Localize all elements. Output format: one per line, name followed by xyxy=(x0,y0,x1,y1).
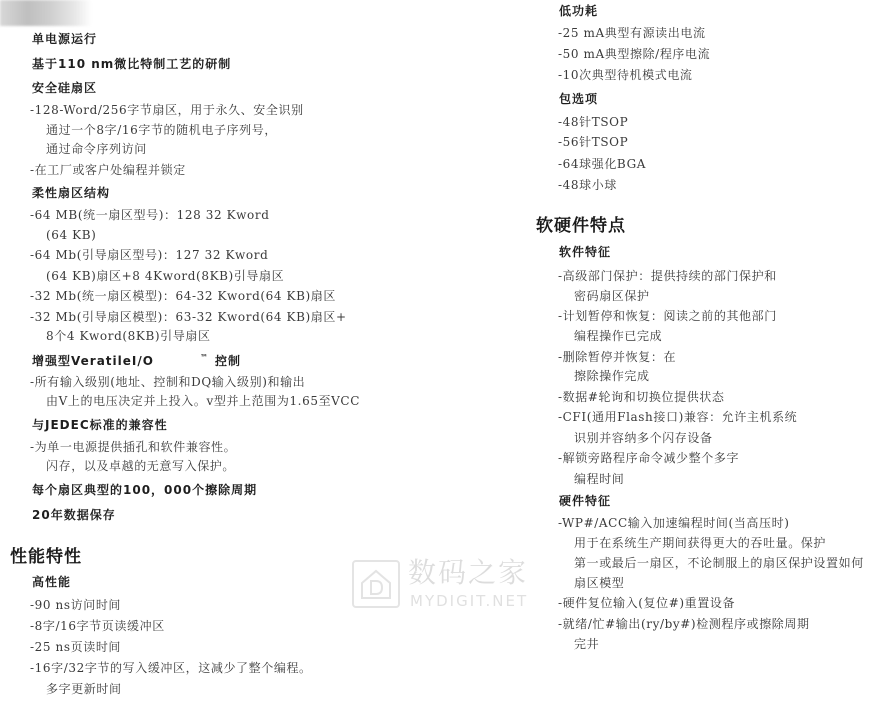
feature-line: 编程操作已完成 xyxy=(574,328,662,344)
veratile-prefix: 增强型VeratileI/O xyxy=(32,354,154,368)
feature-heading: 软件特征 xyxy=(559,244,611,260)
feature-line: -8字/16字节页读缓冲区 xyxy=(30,618,165,634)
feature-line: -数据#轮询和切换位提供状态 xyxy=(558,389,725,405)
feature-line: -64球强化BGA xyxy=(558,156,646,172)
section-heading: 软硬件特点 xyxy=(536,216,626,236)
feature-heading: 每个扇区典型的100，000个擦除周期 xyxy=(32,482,257,498)
feature-heading-veratile-io: 增强型VeratileI/O™控制 xyxy=(32,350,241,369)
feature-line: -90 ns访问时间 xyxy=(30,597,121,613)
feature-line: -WP#/ACC输入加速编程时间(当高压时) xyxy=(558,515,790,531)
feature-line: 擦除操作完成 xyxy=(574,368,650,384)
feature-line: -删除暂停并恢复：在 xyxy=(558,349,676,365)
feature-heading: 与JEDEC标准的兼容性 xyxy=(32,417,168,433)
feature-line: 通过一个8字/16字节的随机电子序列号， xyxy=(46,122,277,138)
feature-line: -32 Mb(统一扇区模型)：64-32 Kword(64 KB)扇区 xyxy=(30,288,336,304)
feature-heading: 安全硅扇区 xyxy=(32,80,97,96)
feature-line: -32 Mb(引导扇区模型)：63-32 Kword(64 KB)扇区+ xyxy=(30,309,347,325)
trademark-mark: ™ xyxy=(200,353,209,362)
feature-heading: 20年数据保存 xyxy=(32,507,116,523)
feature-line: 识别并容纳多个闪存设备 xyxy=(574,430,713,446)
feature-line: -计划暂停和恢复：阅读之前的其他部门 xyxy=(558,308,777,324)
feature-line: -48针TSOP xyxy=(558,114,628,130)
feature-line: 多字更新时间 xyxy=(46,681,122,697)
feature-line: -25 ns页读时间 xyxy=(30,639,121,655)
feature-line: -64 Mb(引导扇区型号)：127 32 Kword xyxy=(30,247,268,263)
veratile-suffix: 控制 xyxy=(215,354,241,368)
feature-line: -50 mA典型擦除/程序电流 xyxy=(558,46,710,62)
feature-line: (64 KB) xyxy=(46,227,96,243)
feature-line: (64 KB)扇区+8 4Kword(8KB)引导扇区 xyxy=(46,268,284,284)
watermark-cn: 数码之家 xyxy=(408,556,528,590)
feature-line: -所有输入级别(地址、控制和DQ输入级别)和输出 xyxy=(30,374,305,390)
watermark-en: MYDIGIT.NET xyxy=(410,592,528,610)
feature-line: -48球小球 xyxy=(558,177,617,193)
feature-heading: 单电源运行 xyxy=(32,31,97,47)
feature-heading: 硬件特征 xyxy=(559,493,611,509)
feature-heading: 低功耗 xyxy=(559,3,598,19)
feature-line: 闪存，以及卓越的无意写入保护。 xyxy=(46,458,235,474)
feature-line: -25 mA典型有源读出电流 xyxy=(558,25,706,41)
feature-heading: 柔性扇区结构 xyxy=(32,185,110,201)
feature-line: 通过命令序列访问 xyxy=(46,141,147,157)
feature-line: -为单一电源提供插孔和软件兼容性。 xyxy=(30,439,236,455)
blurred-corner xyxy=(0,0,92,26)
house-d-logo-icon xyxy=(352,560,400,608)
watermark: 数码之家 MYDIGIT.NET xyxy=(352,556,542,616)
feature-line: -56针TSOP xyxy=(558,134,628,150)
feature-line: 完井 xyxy=(574,636,599,652)
feature-heading: 基于110 nm微比特制工艺的研制 xyxy=(32,56,231,72)
feature-line: 编程时间 xyxy=(574,471,624,487)
feature-line: 扇区模型 xyxy=(574,575,624,591)
section-heading: 性能特性 xyxy=(10,547,82,567)
feature-heading: 高性能 xyxy=(32,574,71,590)
feature-line: -解锁旁路程序命令减少整个多字 xyxy=(558,450,739,466)
feature-line: -就绪/忙#输出(ry/by#)检测程序或擦除周期 xyxy=(558,616,810,632)
feature-line: 用于在系统生产期间获得更大的吞吐量。保护 xyxy=(574,535,826,551)
feature-heading: 包选项 xyxy=(559,91,598,107)
feature-line: 由V上的电压决定并上投入。v型并上范围为1.65至VCC xyxy=(46,393,360,409)
feature-line: -128-Word/256字节扇区，用于永久、安全识别 xyxy=(30,102,304,118)
feature-line: -CFI(通用Flash接口)兼容：允许主机系统 xyxy=(558,409,797,425)
feature-line: 第一或最后一扇区，不论制服上的扇区保护设置如何 xyxy=(574,555,864,571)
feature-line: 密码扇区保护 xyxy=(574,288,650,304)
feature-line: 8个4 Kword(8KB)引导扇区 xyxy=(46,328,211,344)
feature-line: -16字/32字节的写入缓冲区，这减少了整个编程。 xyxy=(30,660,312,676)
feature-line: -10次典型待机模式电流 xyxy=(558,67,693,83)
feature-line: -高级部门保护：提供持续的部门保护和 xyxy=(558,268,777,284)
feature-line: -64 MB(统一扇区型号)：128 32 Kword xyxy=(30,207,270,223)
feature-line: -硬件复位输入(复位#)重置设备 xyxy=(558,595,735,611)
feature-line: -在工厂或客户处编程并锁定 xyxy=(30,162,186,178)
